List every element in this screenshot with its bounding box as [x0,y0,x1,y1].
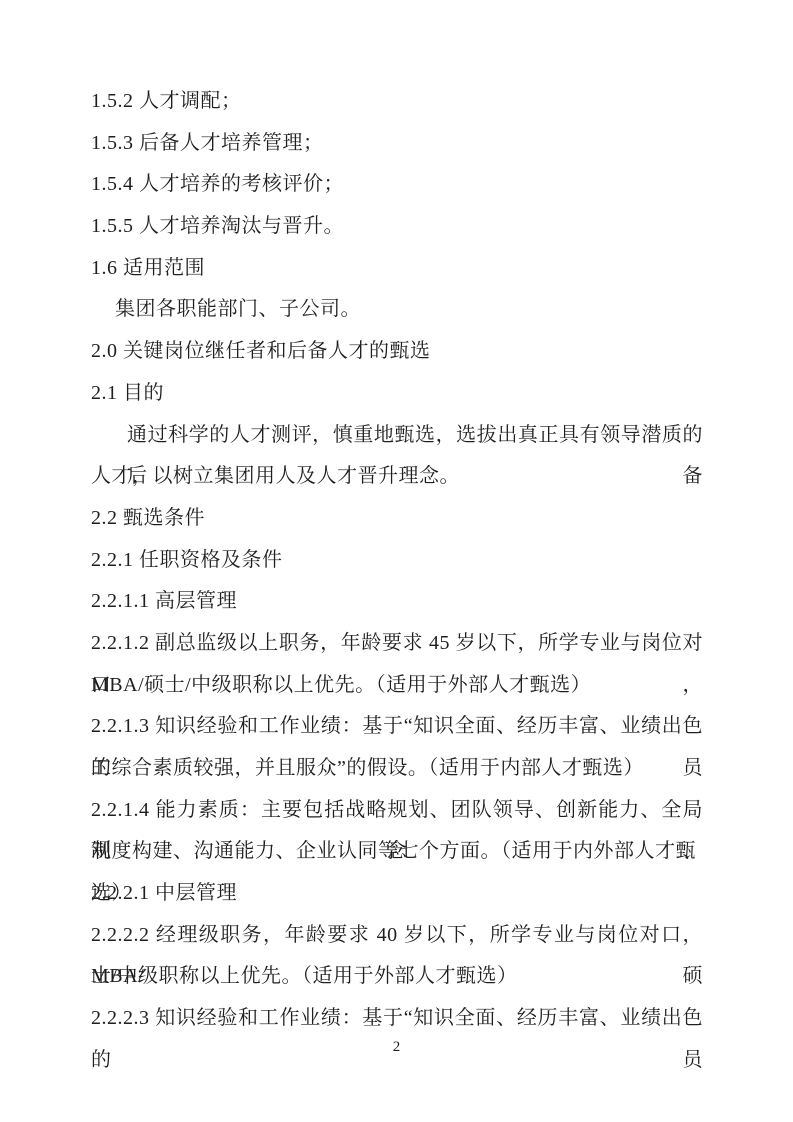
document-line: 2.2.2.2 经理级职务，年龄要求 40 岁以下，所学专业与岗位对口，MBA/… [91,915,703,957]
page-number: 2 [393,1039,401,1055]
document-line: 2.2.1 任职资格及条件 [91,540,703,582]
line-text: 士/中级职称以上优先。（适用于外部人才甄选） [91,965,518,987]
document-line: 2.2 甄选条件 [91,498,703,540]
document-line: 制度构建、沟通能力、企业认同等七个方面。（适用于内外部人才甄选） [91,831,703,873]
document-line: 1.6 适用范围 [91,248,703,290]
document-line: 1.5.5 人才培养淘汰与晋升。 [91,206,703,248]
document-line: 2.2.1.4 能力素质：主要包括战略规划、团队领导、创新能力、全局观念、 [91,790,703,832]
line-text: 集团各职能部门、子公司。 [115,298,361,320]
line-text: 2.2.1.1 高层管理 [91,590,237,612]
line-text: 1.5.2 人才调配； [91,90,242,112]
line-text: 2.2.1 任职资格及条件 [91,549,283,571]
line-text: 人才，以树立集团用人及人才晋升理念。 [91,465,460,487]
document-line: 2.2.1.3 知识经验和工作业绩：基于“知识全面、经历丰富、业绩出色的员 [91,706,703,748]
document-line: 2.2.1.2 副总监级以上职务，年龄要求 45 岁以下，所学专业与岗位对口， [91,623,703,665]
document-line: 集团各职能部门、子公司。 [91,289,703,331]
line-text: 2.1 目的 [91,382,164,404]
line-text: 1.5.5 人才培养淘汰与晋升。 [91,215,344,237]
line-text: 2.0 关键岗位继任者和后备人才的甄选 [91,340,431,362]
document-line: 工综合素质较强，并且服众”的假设。（适用于内部人才甄选） [91,748,703,790]
document-line: 2.2.2.3 知识经验和工作业绩：基于“知识全面、经历丰富、业绩出色的员 [91,998,703,1040]
line-text: MBA/硕士/中级职称以上优先。（适用于外部人才甄选） [91,674,591,696]
page-footer: 2 [0,1038,793,1056]
document-line: 2.0 关键岗位继任者和后备人才的甄选 [91,331,703,373]
document-body: 1.5.2 人才调配； 1.5.3 后备人才培养管理； 1.5.4 人才培养的考… [91,81,703,1040]
line-text: 1.6 适用范围 [91,257,205,279]
document-line: 1.5.2 人才调配； [91,81,703,123]
document-line: 2.2.2.1 中层管理 [91,873,703,915]
line-text: 2.2.2.1 中层管理 [91,882,237,904]
line-text: 工综合素质较强，并且服众”的假设。（适用于内部人才甄选） [91,757,644,779]
line-text: 1.5.3 后备人才培养管理； [91,132,324,154]
document-page: 1.5.2 人才调配； 1.5.3 后备人才培养管理； 1.5.4 人才培养的考… [0,0,793,1122]
document-line: 1.5.4 人才培养的考核评价； [91,164,703,206]
document-line: 1.5.3 后备人才培养管理； [91,123,703,165]
document-line: 2.1 目的 [91,373,703,415]
line-text: 2.2 甄选条件 [91,507,205,529]
document-line: 2.2.1.1 高层管理 [91,581,703,623]
document-line: 通过科学的人才测评，慎重地甄选，选拔出真正具有领导潜质的后备 [91,415,703,457]
line-text: 1.5.4 人才培养的考核评价； [91,173,344,195]
